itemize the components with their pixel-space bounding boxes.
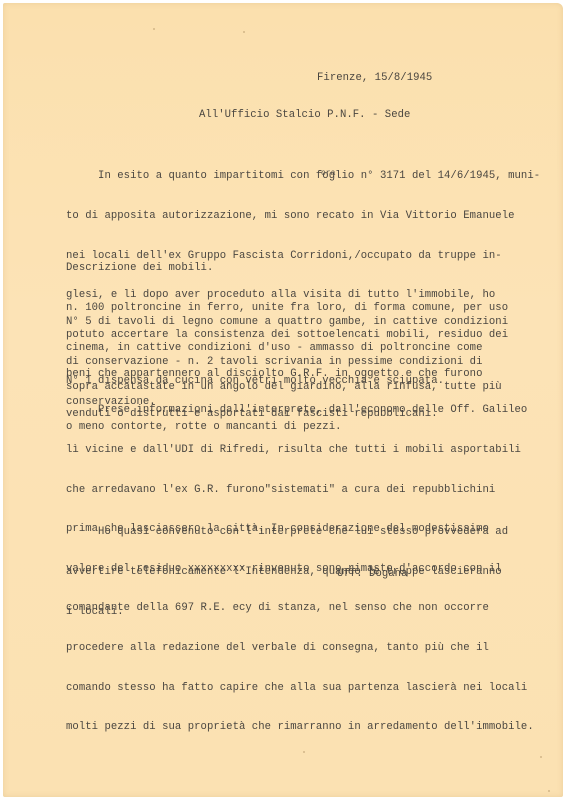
paper-speck <box>153 28 155 30</box>
letter-date: Firenze, 15/8/1945 <box>317 72 432 85</box>
paper-speck <box>303 751 305 753</box>
signature: Uff. Dogana <box>337 568 407 581</box>
text-line: molti pezzi di sua proprietà che rimarra… <box>66 721 534 734</box>
text-line: lì vicine e dall'UDI di Rifredi, risulta… <box>66 444 534 457</box>
text-line: N° 5 di tavoli di legno comune a quattro… <box>66 316 508 329</box>
text-line: Prese informazioni dall'interprete, dall… <box>66 404 534 417</box>
text-line: In esito a quanto impartitomi con foglio… <box>66 170 540 183</box>
paragraph-closing: Ho quasi convenuto con l'interprete che … <box>66 500 508 645</box>
letter-addressee: All'Ufficio Stalcio P.N.F. - Sede <box>199 109 410 122</box>
paper-speck <box>548 790 550 792</box>
text-line: to di apposita autorizzazione, mi sono r… <box>66 210 540 223</box>
text-line: avvertire telefonicamente l'Intendenza, … <box>66 566 508 579</box>
letter-page: Firenze, 15/8/1945 All'Ufficio Stalcio P… <box>3 3 563 797</box>
paper-speck <box>243 31 245 33</box>
text-line: Ho quasi convenuto con l'interprete che … <box>66 526 508 539</box>
text-line: Descrizione dei mobili. <box>66 262 508 275</box>
text-line: i locali. <box>66 606 508 619</box>
text-line: che arredavano l'ex G.R. furono"sistemat… <box>66 484 534 497</box>
paper-speck <box>540 756 542 758</box>
text-line: comando stesso ha fatto capire che alla … <box>66 682 534 695</box>
